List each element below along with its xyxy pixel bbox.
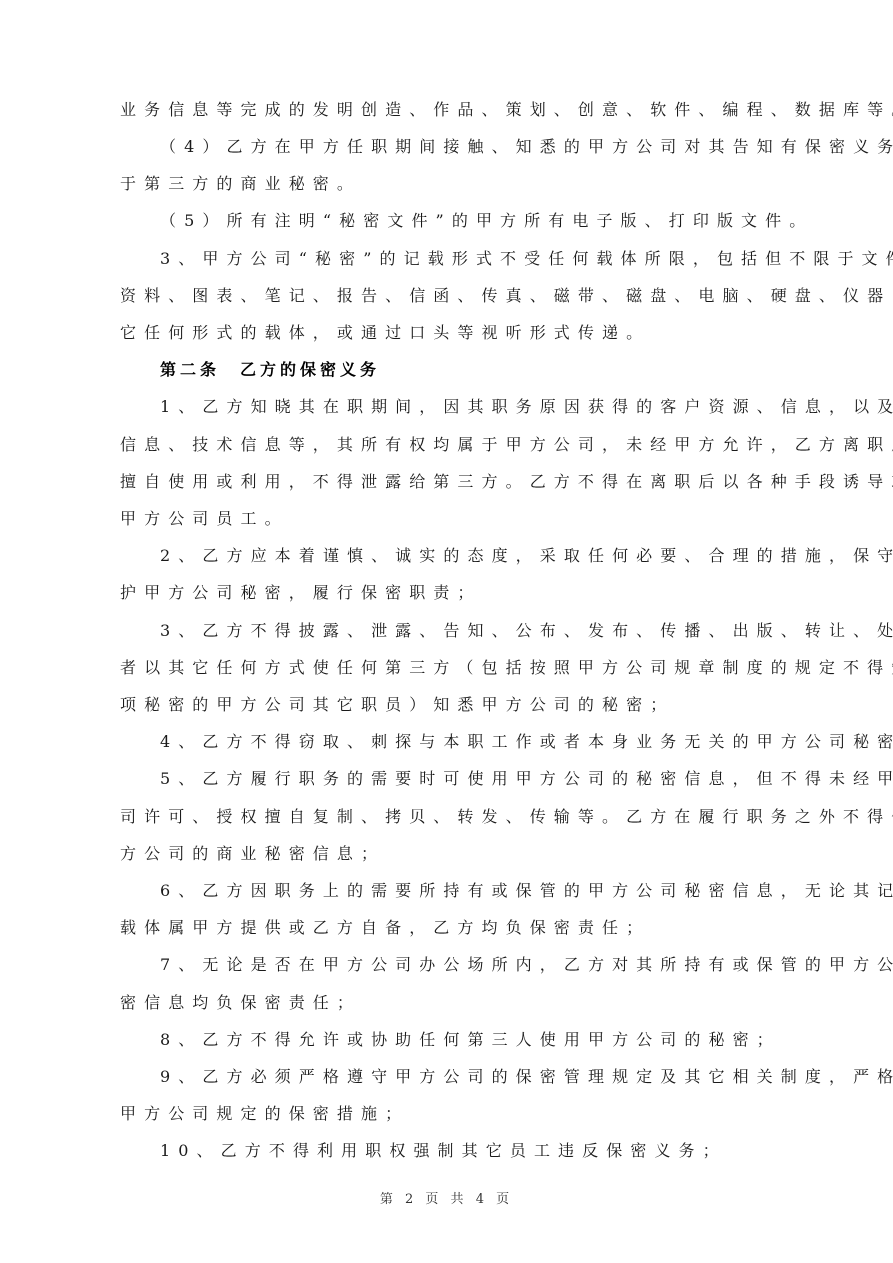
text-line: 护甲方公司秘密，履行保密职责； (120, 581, 780, 605)
text-line: 10、乙方不得利用职权强制其它员工违反保密义务； (160, 1139, 820, 1163)
text-line: 1、乙方知晓其在职期间，因其职务原因获得的客户资源、信息，以及商业 (160, 395, 820, 419)
text-line: 4、乙方不得窃取、刺探与本职工作或者本身业务无关的甲方公司秘密； (160, 730, 820, 754)
text-line: 信息、技术信息等，其所有权均属于甲方公司，未经甲方允许，乙方离职后不得 (120, 433, 780, 457)
text-line: 2、乙方应本着谨慎、诚实的态度，采取任何必要、合理的措施，保守、维 (160, 544, 820, 568)
text-line: 于第三方的商业秘密。 (120, 172, 780, 196)
text-line: 司许可、授权擅自复制、拷贝、转发、传输等。乙方在履行职务之外不得使用甲 (120, 805, 780, 829)
text-line: 者以其它任何方式使任何第三方（包括按照甲方公司规章制度的规定不得知悉该 (120, 656, 780, 680)
text-line: 3、乙方不得披露、泄露、告知、公布、发布、传播、出版、转让、处分或 (160, 619, 820, 643)
section-heading: 第二条 乙方的保密义务 (160, 358, 820, 382)
text-line: 甲方公司员工。 (120, 507, 780, 531)
text-line: 项秘密的甲方公司其它职员）知悉甲方公司的秘密； (120, 693, 780, 717)
text-line: 业务信息等完成的发明创造、作品、策划、创意、软件、编程、数据库等。 (120, 98, 780, 122)
text-line: 载体属甲方提供或乙方自备，乙方均负保密责任； (120, 916, 780, 940)
text-line: 6、乙方因职务上的需要所持有或保管的甲方公司秘密信息，无论其记录的 (160, 879, 820, 903)
document-page: 业务信息等完成的发明创造、作品、策划、创意、软件、编程、数据库等。 （4）乙方在… (0, 0, 893, 1263)
text-line: 资料、图表、笔记、报告、信函、传真、磁带、磁盘、电脑、硬盘、仪器以及其 (120, 284, 780, 308)
text-line: 9、乙方必须严格遵守甲方公司的保密管理规定及其它相关制度，严格执行 (160, 1065, 820, 1089)
text-line: （5）所有注明“秘密文件”的甲方所有电子版、打印版文件。 (160, 209, 820, 233)
text-line: 7、无论是否在甲方公司办公场所内，乙方对其所持有或保管的甲方公司秘 (160, 953, 820, 977)
text-line: 甲方公司规定的保密措施； (120, 1102, 780, 1126)
text-line: 它任何形式的载体，或通过口头等视听形式传递。 (120, 321, 780, 345)
text-line: 3、甲方公司“秘密”的记载形式不受任何载体所限，包括但不限于文件、 (160, 247, 820, 271)
page-footer: 第 2 页 共 4 页 (0, 1188, 893, 1207)
text-line: 5、乙方履行职务的需要时可使用甲方公司的秘密信息，但不得未经甲方公 (160, 767, 820, 791)
text-line: 密信息均负保密责任； (120, 991, 780, 1015)
text-line: （4）乙方在甲方任职期间接触、知悉的甲方公司对其告知有保密义务的属 (160, 135, 820, 159)
text-line: 方公司的商业秘密信息； (120, 842, 780, 866)
text-line: 擅自使用或利用，不得泄露给第三方。乙方不得在离职后以各种手段诱导或拉拢 (120, 470, 780, 494)
text-line: 8、乙方不得允许或协助任何第三人使用甲方公司的秘密； (160, 1028, 820, 1052)
